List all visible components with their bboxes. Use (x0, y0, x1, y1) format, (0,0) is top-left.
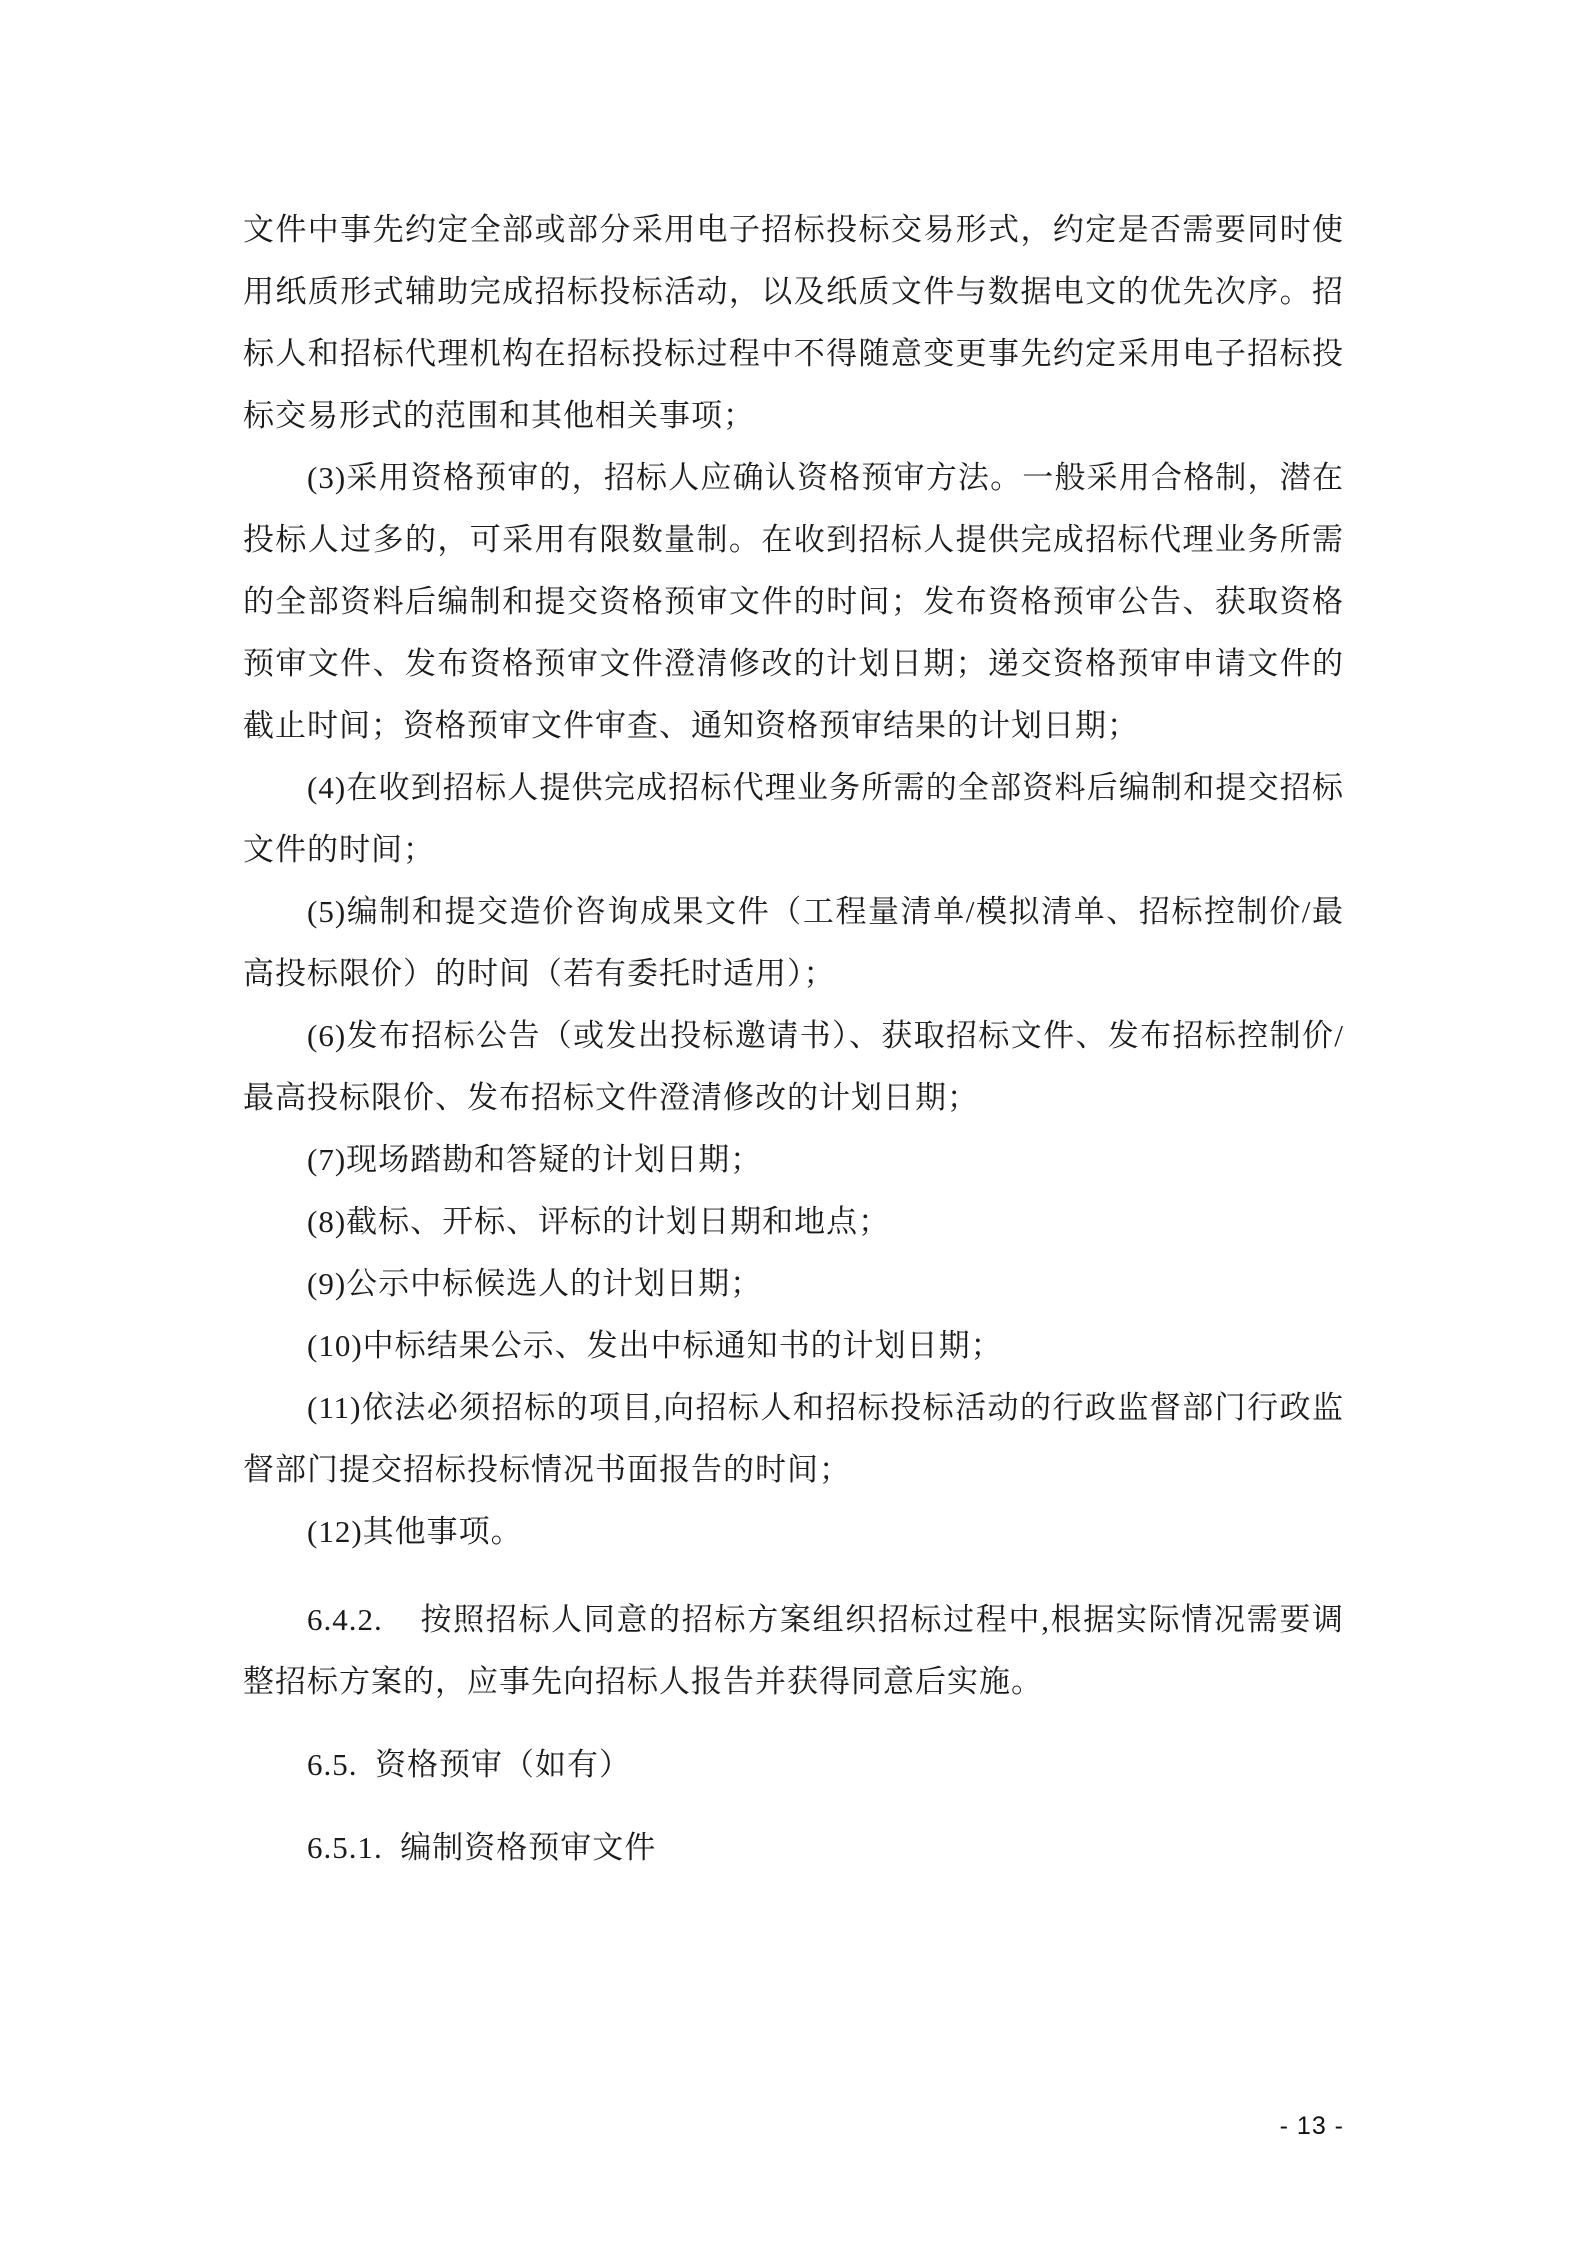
list-item-12: (12)其他事项。 (243, 1501, 1344, 1563)
list-item-3: (3)采用资格预审的，招标人应确认资格预审方法。一般采用合格制，潜在投标人过多的… (243, 447, 1344, 757)
page-footer: - 13 - (243, 2112, 1344, 2141)
list-item-4: (4)在收到招标人提供完成招标代理业务所需的全部资料后编制和提交招标文件的时间； (243, 757, 1344, 881)
page-number: - 13 - (1280, 2112, 1344, 2140)
list-item-11: (11)依法必须招标的项目,向招标人和招标投标活动的行政监督部门行政监督部门提交… (243, 1377, 1344, 1501)
section-heading-6-5: 6.5. 资格预审（如有） (243, 1734, 1344, 1796)
list-item-10: (10)中标结果公示、发出中标通知书的计划日期； (243, 1315, 1344, 1377)
list-item-5: (5)编制和提交造价咨询成果文件（工程量清单/模拟清单、招标控制价/最高投标限价… (243, 881, 1344, 1005)
clause-heading-6-4-2: 6.4.2. 按照招标人同意的招标方案组织招标过程中,根据实际情况需要调整招标方… (243, 1589, 1344, 1713)
document-page: 文件中事先约定全部或部分采用电子招标投标交易形式，约定是否需要同时使用纸质形式辅… (0, 0, 1587, 2245)
list-item-9: (9)公示中标候选人的计划日期； (243, 1253, 1344, 1315)
list-item-8: (8)截标、开标、评标的计划日期和地点； (243, 1191, 1344, 1253)
section-heading-6-5-1: 6.5.1. 编制资格预审文件 (243, 1817, 1344, 1879)
list-item-7: (7)现场踏勘和答疑的计划日期； (243, 1129, 1344, 1191)
list-item-6: (6)发布招标公告（或发出投标邀请书）、获取招标文件、发布招标控制价/最高投标限… (243, 1005, 1344, 1129)
document-body: 文件中事先约定全部或部分采用电子招标投标交易形式，约定是否需要同时使用纸质形式辅… (243, 199, 1344, 1879)
para-continuation: 文件中事先约定全部或部分采用电子招标投标交易形式，约定是否需要同时使用纸质形式辅… (243, 199, 1344, 447)
